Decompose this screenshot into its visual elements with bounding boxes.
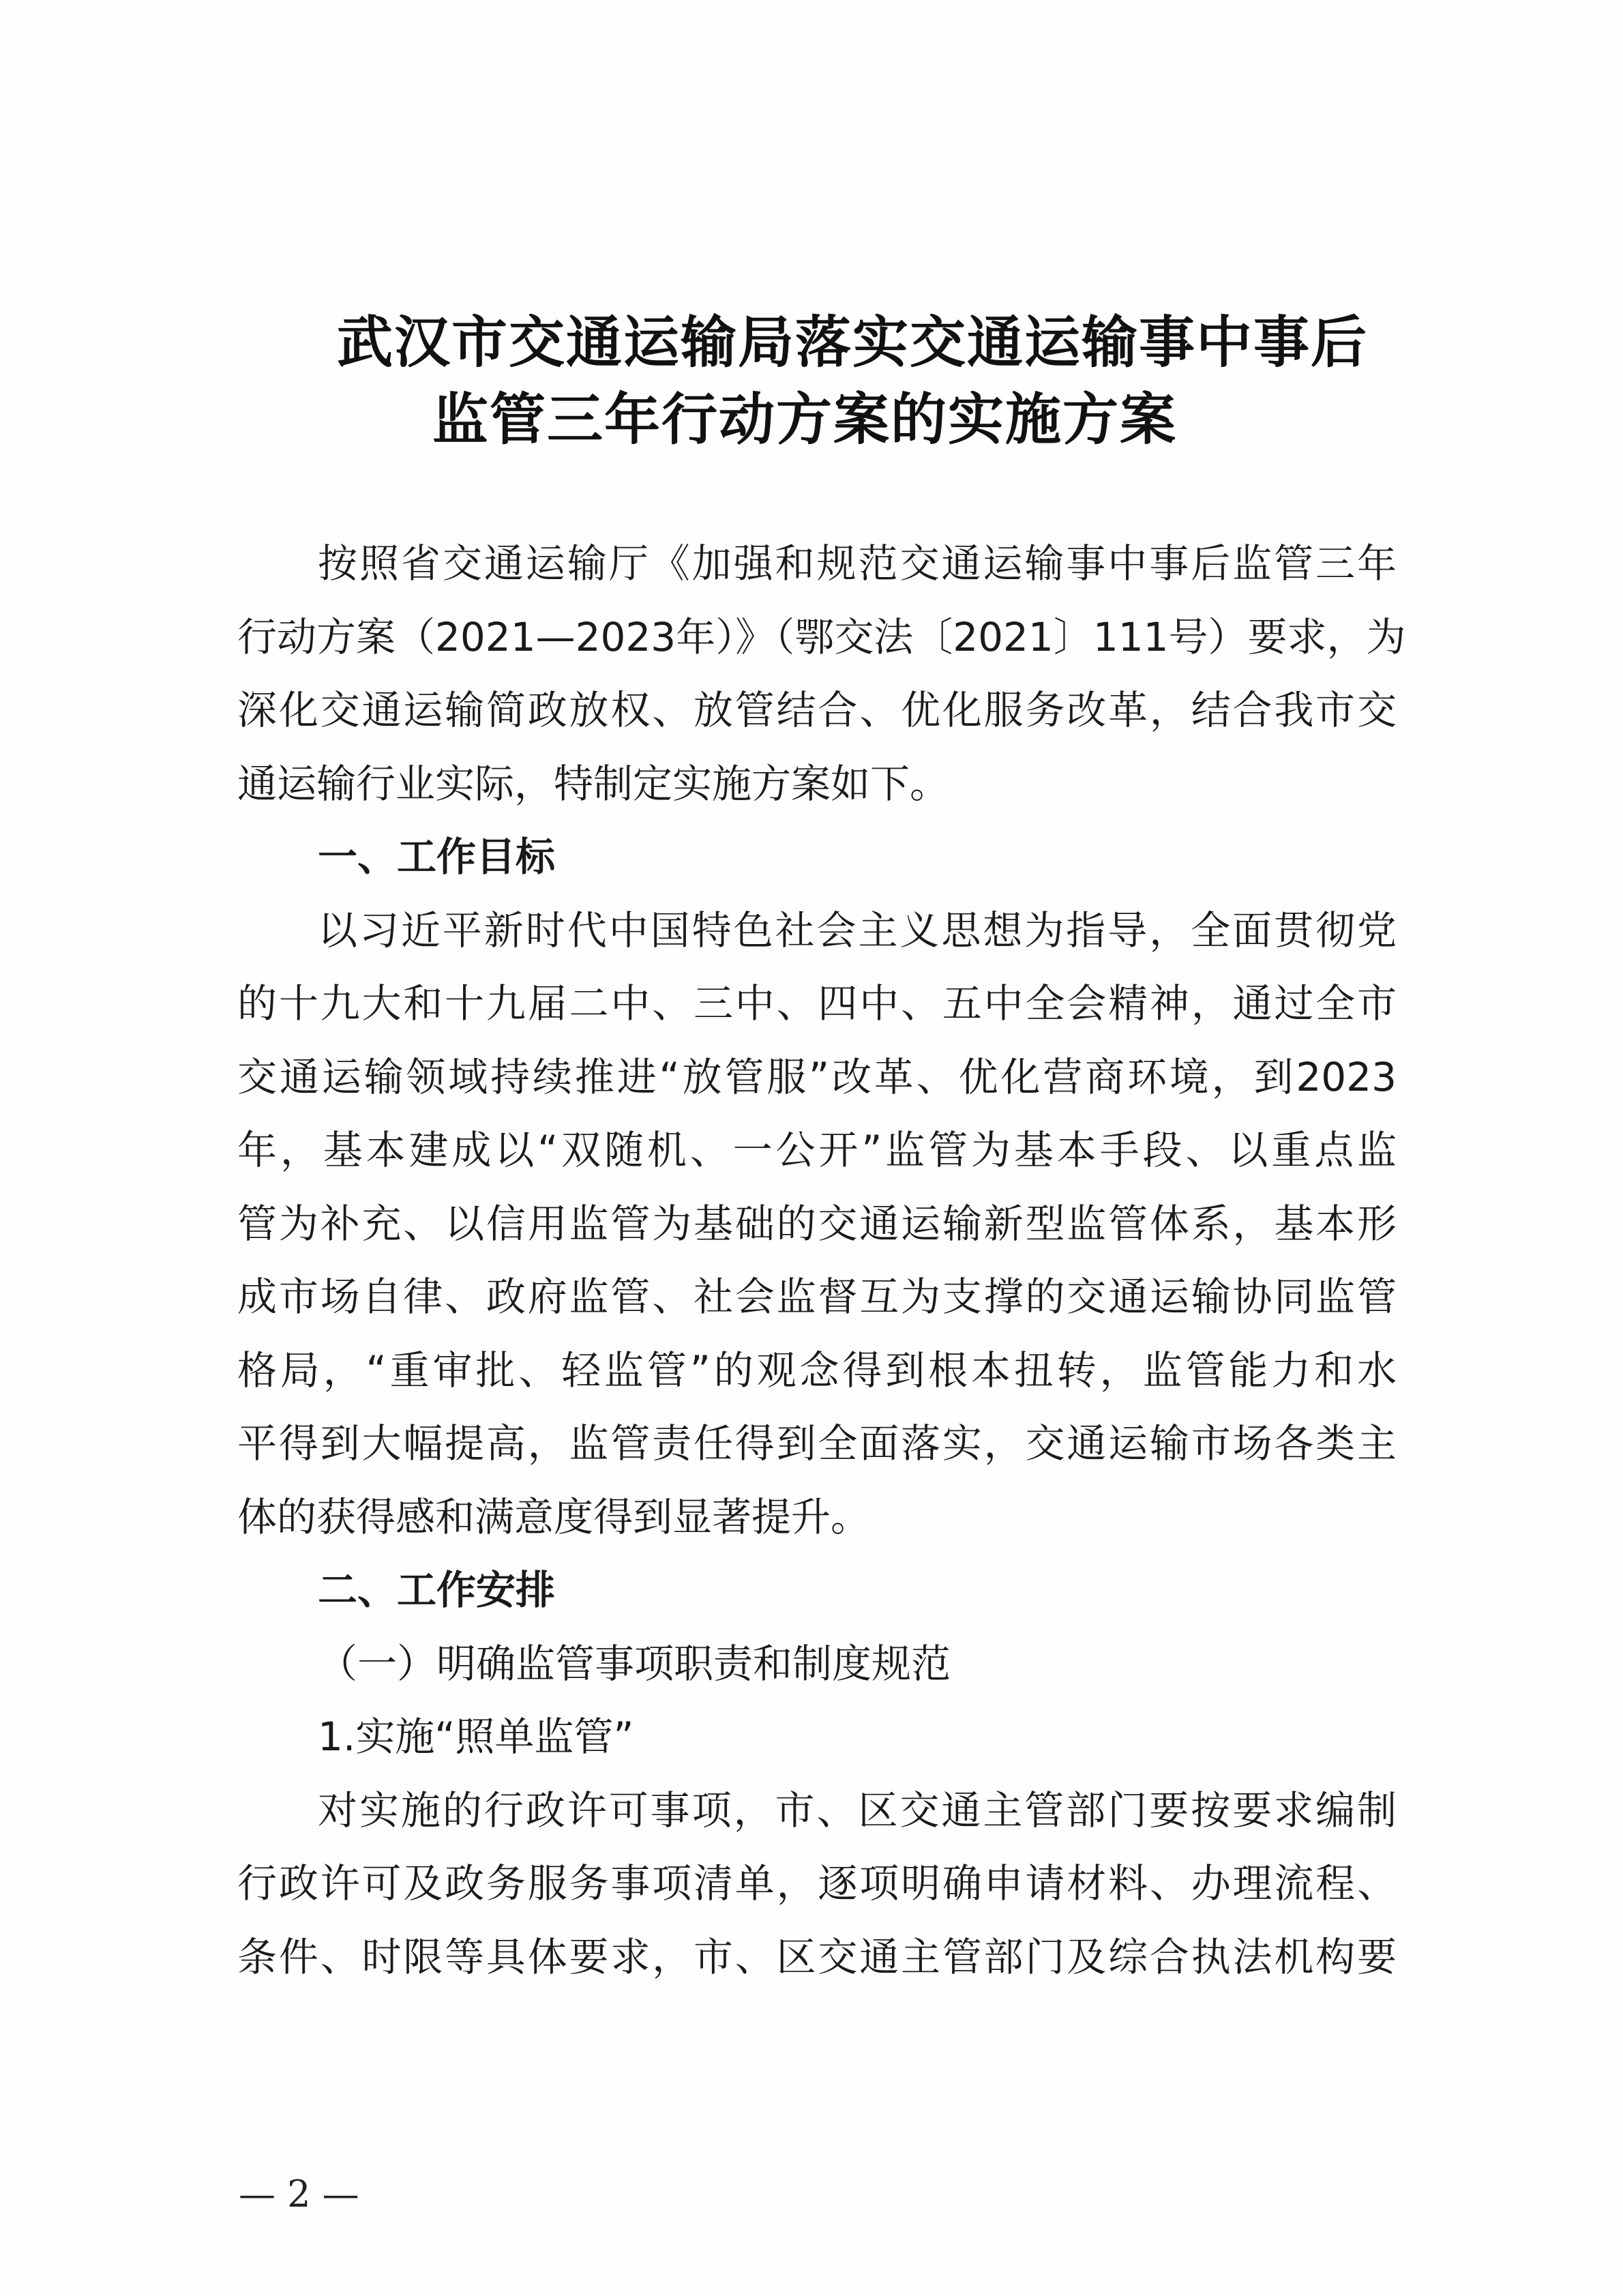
document-page: 武汉市交通运输局落实交通运输事中事后 监管三年行动方案的实施方案 按照省交通运输… (0, 0, 1623, 2296)
paragraph-line: 对实施的行政许可事项，市、区交通主管部门要按要求编制 (237, 1774, 1397, 1848)
paragraph-line: 年，基本建成以“双随机、一公开”监管为基本手段、以重点监 (237, 1114, 1397, 1188)
section-heading-arrangements: 二、工作安排 (237, 1554, 1397, 1628)
paragraph-line: 交通运输领域持续推进“放管服”改革、优化营商环境，到2023 (237, 1041, 1397, 1115)
subsection-heading: （一）明确监管事项职责和制度规范 (237, 1628, 1397, 1701)
intro-line: 按照省交通运输厅《加强和规范交通运输事中事后监管三年 (237, 527, 1397, 601)
paragraph-line: 平得到大幅提高，监管责任得到全面落实，交通运输市场各类主 (237, 1407, 1397, 1481)
paragraph-line: 的十九大和十九届二中、三中、四中、五中全会精神，通过全市 (237, 967, 1397, 1041)
paragraph-line: 行政许可及政务服务事项清单，逐项明确申请材料、办理流程、 (237, 1847, 1397, 1921)
paragraph-line: 管为补充、以信用监管为基础的交通运输新型监管体系，基本形 (237, 1188, 1397, 1261)
paragraph-line: 体的获得感和满意度得到显著提升。 (237, 1481, 1397, 1555)
intro-line: 行动方案（2021—2023年）》（鄂交法〔2021〕111号）要求，为 (237, 601, 1397, 675)
intro-line: 深化交通运输简政放权、放管结合、优化服务改革，结合我市交 (237, 674, 1397, 748)
document-title-line-1: 武汉市交通运输局落实交通运输事中事后 (41, 308, 1623, 377)
intro-line: 通运输行业实际，特制定实施方案如下。 (237, 748, 1397, 821)
paragraph-line: 格局，“重审批、轻监管”的观念得到根本扭转，监管能力和水 (237, 1334, 1397, 1408)
paragraph-line: 成市场自律、政府监管、社会监督互为支撑的交通运输协同监管 (237, 1261, 1397, 1334)
document-body: 按照省交通运输厅《加强和规范交通运输事中事后监管三年 行动方案（2021—202… (237, 527, 1397, 1994)
section-heading-goals: 一、工作目标 (237, 821, 1397, 894)
document-title-line-2: 监管三年行动方案的实施方案 (41, 385, 1568, 454)
page-number: — 2 — (239, 2173, 359, 2216)
paragraph-line: 以习近平新时代中国特色社会主义思想为指导，全面贯彻党 (237, 894, 1397, 968)
item-heading: 1.实施“照单监管” (237, 1701, 1397, 1774)
paragraph-line: 条件、时限等具体要求，市、区交通主管部门及综合执法机构要 (237, 1921, 1397, 1995)
